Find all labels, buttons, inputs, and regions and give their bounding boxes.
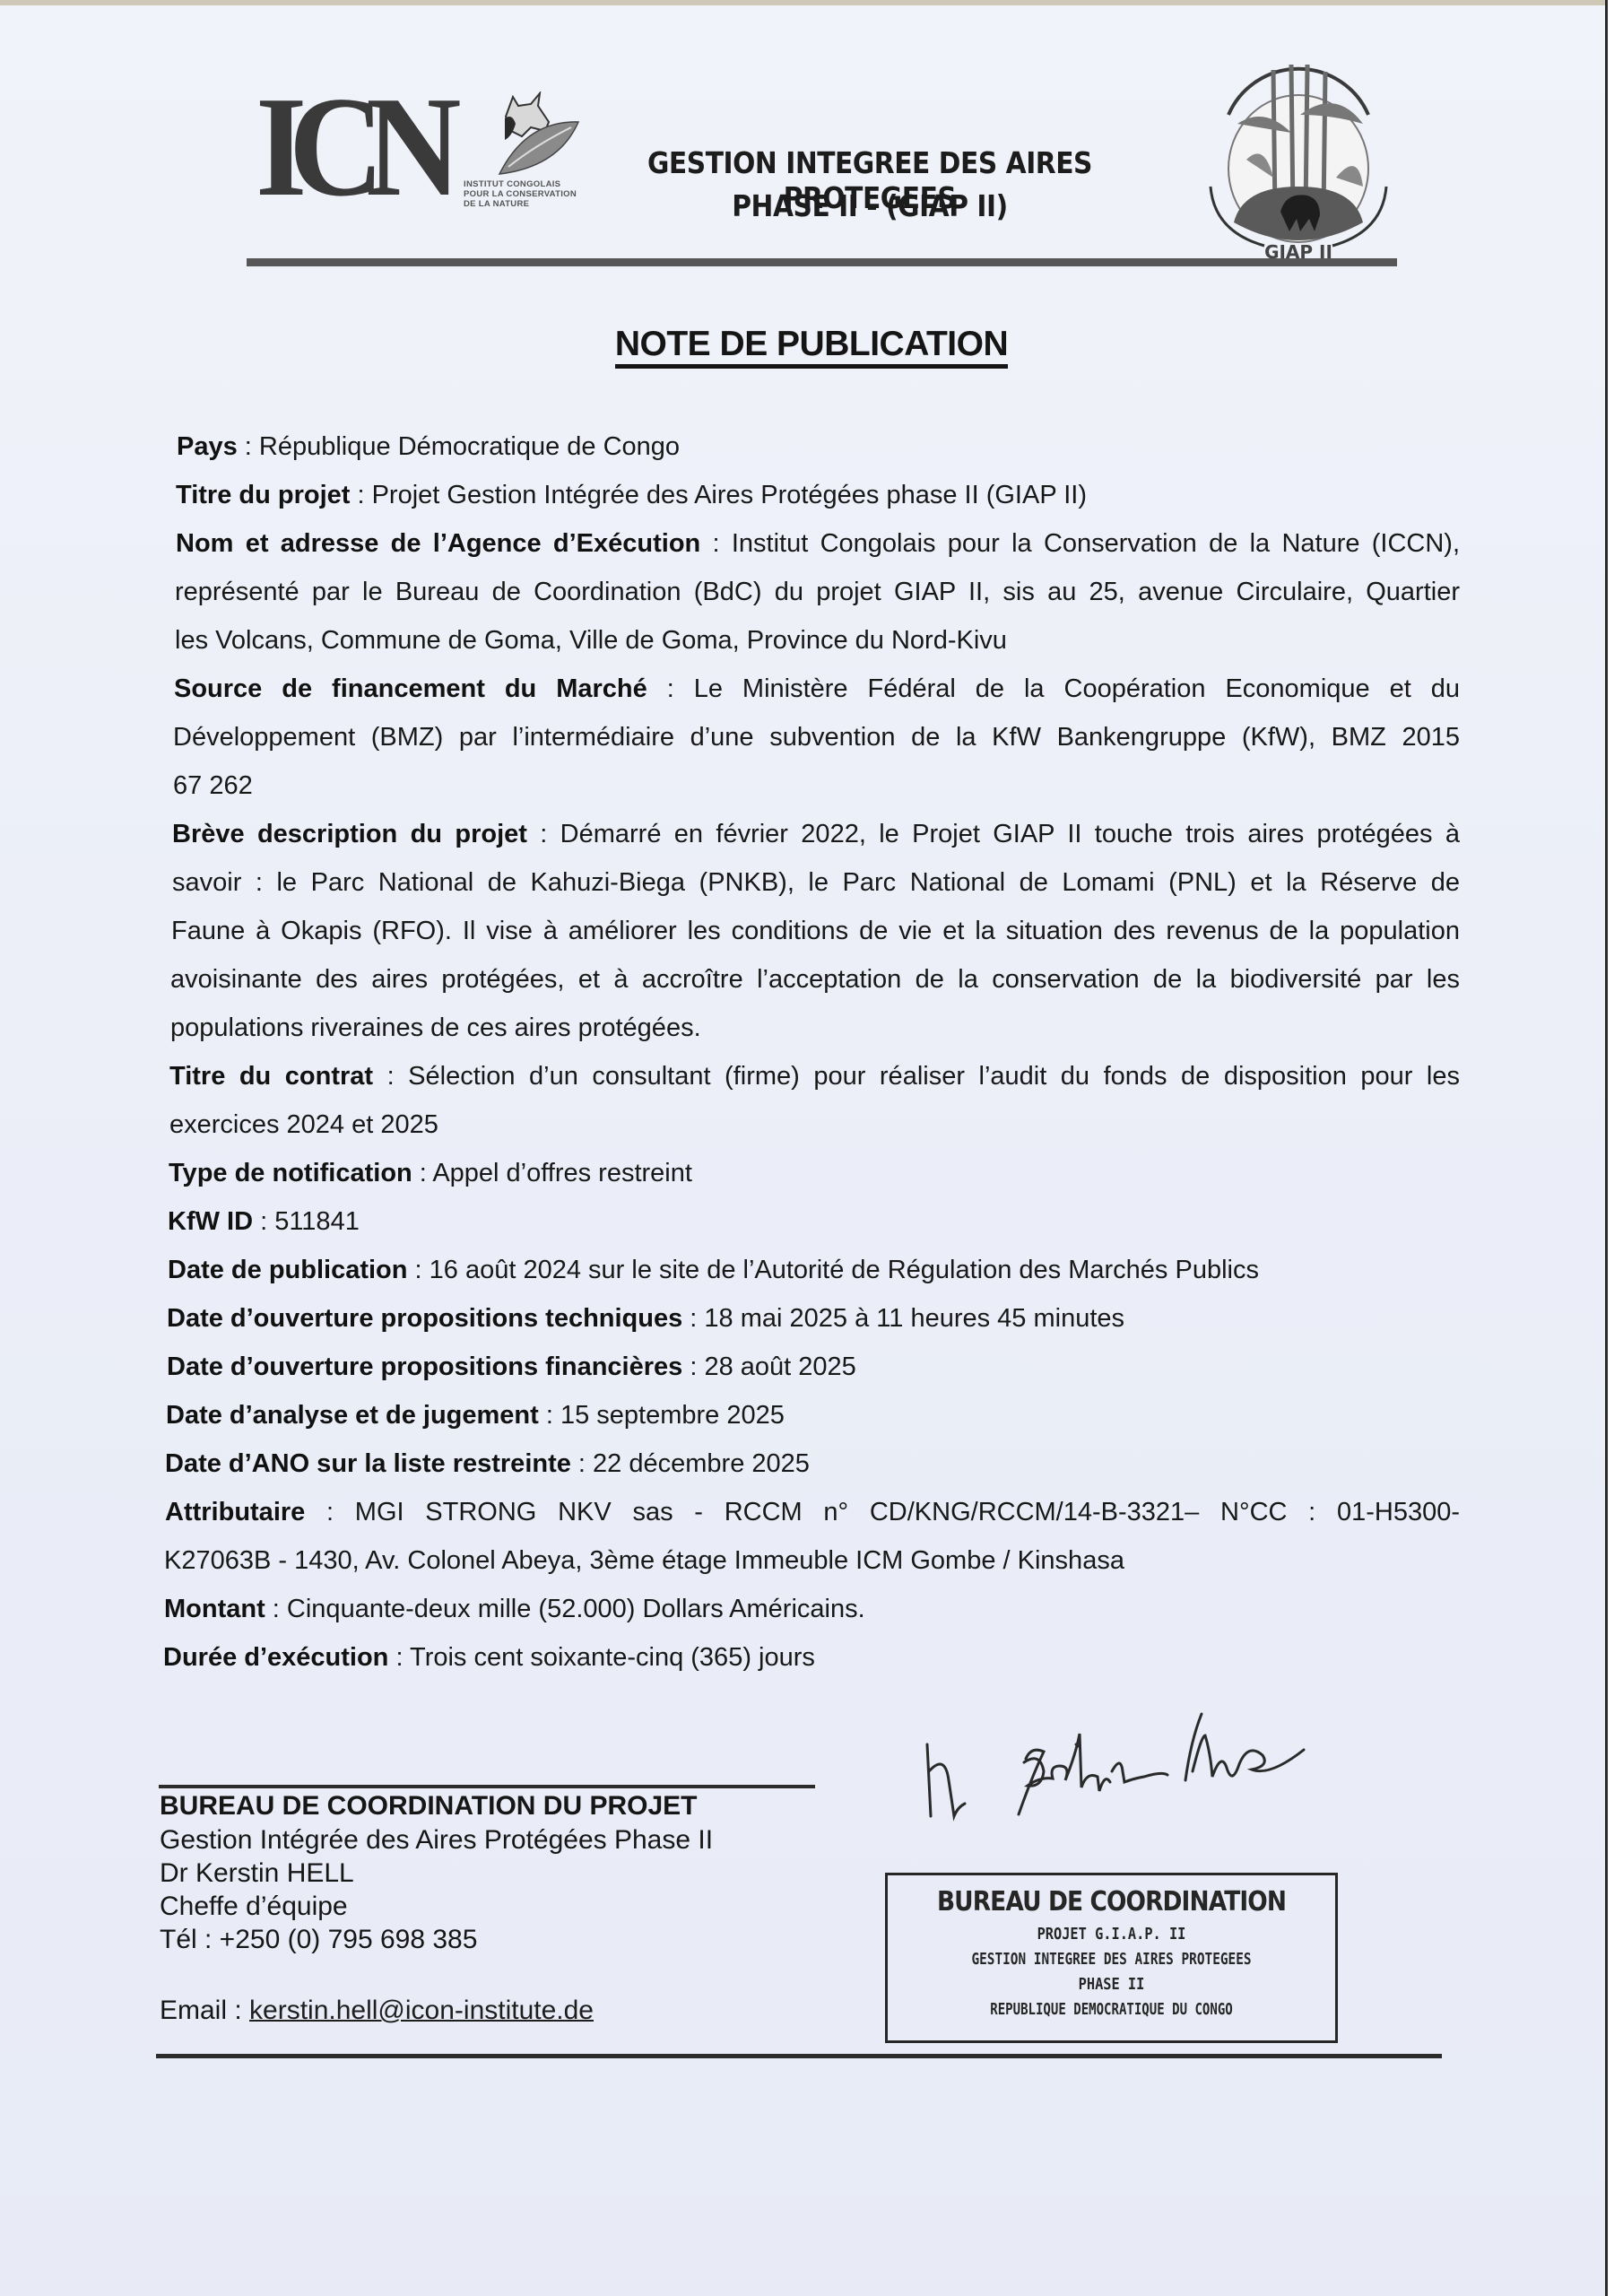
field-value: les Volcans, Commune de Goma, Ville de G… xyxy=(175,626,1007,655)
field-2-continuation: les Volcans, Commune de Goma, Ville de G… xyxy=(175,624,1007,657)
footer-project: Gestion Intégrée des Aires Protégées Pha… xyxy=(160,1824,713,1857)
iccn-caption: Institut Congolais pour la Conservation … xyxy=(464,179,577,209)
footer-name: Dr Kerstin HELL xyxy=(160,1857,354,1890)
field-10: Date d’ouverture propositions financière… xyxy=(167,1351,856,1383)
header-title-line2: PHASE II - (GIAP II) xyxy=(587,188,1152,223)
footer-divider-long xyxy=(156,2054,1442,2058)
stamp-line4: PHASE II xyxy=(921,1972,1301,1997)
field-value: K27063B - 1430, Av. Colonel Abeya, 3ème … xyxy=(164,1546,1124,1575)
field-4-continuation: savoir : le Parc National de Kahuzi-Bieg… xyxy=(172,866,1460,899)
iccn-logo: ICN Institut Congolais pour la Conservat… xyxy=(256,79,587,213)
field-value: avoisinante des aires protégées, et à ac… xyxy=(170,965,1460,994)
field-14: Montant : Cinquante-deux mille (52.000) … xyxy=(164,1593,865,1625)
scan-edge xyxy=(0,0,1605,5)
field-label: Pays xyxy=(177,432,238,461)
field-3-continuation: Développement (BMZ) par l’intermédiaire … xyxy=(173,721,1460,753)
field-13: Attributaire : MGI STRONG NKV sas - RCCM… xyxy=(165,1496,1460,1528)
field-label: Montant xyxy=(164,1595,265,1623)
stamp-line3: GESTION INTEGREE DES AIRES PROTEGEES xyxy=(933,1947,1290,1972)
field-value: populations riveraines de ces aires prot… xyxy=(170,1013,701,1042)
field-label: Date d’ouverture propositions financière… xyxy=(167,1352,682,1381)
field-12: Date d’ANO sur la liste restreinte : 22 … xyxy=(165,1448,810,1480)
field-label: Date d’analyse et de jugement xyxy=(166,1401,539,1430)
field-4-continuation: populations riveraines de ces aires prot… xyxy=(170,1012,701,1044)
stamp-line2: PROJET G.I.A.P. II xyxy=(921,1922,1301,1947)
field-8: Date de publication : 16 août 2024 sur l… xyxy=(168,1254,1259,1286)
field-label: Titre du projet xyxy=(176,481,350,509)
stamp-line1: BUREAU DE COORDINATION xyxy=(915,1886,1308,1918)
okapi-leaf-icon xyxy=(464,91,580,178)
field-label: KfW ID xyxy=(168,1207,253,1236)
field-2-continuation: représenté par le Bureau de Coordination… xyxy=(175,576,1460,608)
field-0: Pays : République Démocratique de Congo xyxy=(177,430,680,463)
field-2: Nom et adresse de l’Agence d’Exécution :… xyxy=(176,527,1460,560)
field-label: Attributaire xyxy=(165,1498,305,1526)
field-value: savoir : le Parc National de Kahuzi-Bieg… xyxy=(172,868,1460,897)
footer-phone: Tél : +250 (0) 795 698 385 xyxy=(160,1924,477,1956)
giap-logo-icon: GIAP II xyxy=(1193,52,1404,264)
footer-email-row: Email : kerstin.hell@icon-institute.de xyxy=(160,1995,594,2027)
field-label: Source de financement du Marché xyxy=(174,674,647,703)
field-4-continuation: Faune à Okapis (RFO). Il vise à améliore… xyxy=(171,915,1460,947)
field-3-continuation: 67 262 xyxy=(173,770,253,802)
field-label: Date d’ANO sur la liste restreinte xyxy=(165,1449,571,1478)
field-label: Durée d’exécution xyxy=(163,1643,388,1672)
field-label: Date de publication xyxy=(168,1256,407,1284)
field-value: représenté par le Bureau de Coordination… xyxy=(175,578,1460,606)
footer-org: BUREAU DE COORDINATION DU PROJET xyxy=(160,1790,697,1822)
field-value: exercices 2024 et 2025 xyxy=(169,1110,438,1139)
email-label: Email : xyxy=(160,1996,249,2025)
field-label: Brève description du projet xyxy=(172,820,527,848)
field-label: Nom et adresse de l’Agence d’Exécution xyxy=(176,529,700,558)
field-5-continuation: exercices 2024 et 2025 xyxy=(169,1109,438,1141)
field-value: Faune à Okapis (RFO). Il vise à améliore… xyxy=(171,917,1460,945)
field-4-continuation: avoisinante des aires protégées, et à ac… xyxy=(170,963,1460,996)
field-label: Type de notification xyxy=(169,1159,412,1187)
field-label: Titre du contrat xyxy=(169,1062,373,1091)
footer-divider-short xyxy=(159,1785,815,1788)
field-9: Date d’ouverture propositions techniques… xyxy=(167,1302,1124,1335)
field-value: Développement (BMZ) par l’intermédiaire … xyxy=(173,723,1460,752)
field-7: KfW ID : 511841 xyxy=(168,1205,360,1238)
field-label: Date d’ouverture propositions techniques xyxy=(167,1304,682,1333)
field-1: Titre du projet : Projet Gestion Intégré… xyxy=(176,479,1087,511)
stamp-line5: REPUBLIQUE DEMOCRATIQUE DU CONGO xyxy=(937,1997,1286,2022)
field-value: 67 262 xyxy=(173,771,253,800)
field-11: Date d’analyse et de jugement : 15 septe… xyxy=(166,1399,785,1431)
signature-icon xyxy=(924,1709,1363,1830)
official-stamp: BUREAU DE COORDINATION PROJET G.I.A.P. I… xyxy=(885,1873,1338,2043)
field-13-continuation: K27063B - 1430, Av. Colonel Abeya, 3ème … xyxy=(164,1544,1124,1577)
email-link[interactable]: kerstin.hell@icon-institute.de xyxy=(249,1996,594,2025)
field-5: Titre du contrat : Sélection d’un consul… xyxy=(169,1060,1460,1092)
field-6: Type de notification : Appel d’offres re… xyxy=(169,1157,692,1189)
scanned-page: ICN Institut Congolais pour la Conservat… xyxy=(0,0,1608,2296)
field-4: Brève description du projet : Démarré en… xyxy=(172,818,1460,850)
field-15: Durée d’exécution : Trois cent soixante-… xyxy=(163,1641,815,1674)
header-divider xyxy=(247,258,1397,266)
footer-role: Cheffe d’équipe xyxy=(160,1891,348,1923)
iccn-logo-letters: ICN xyxy=(256,79,443,213)
field-3: Source de financement du Marché : Le Min… xyxy=(174,673,1460,705)
document-title: NOTE DE PUBLICATION xyxy=(0,325,1623,364)
